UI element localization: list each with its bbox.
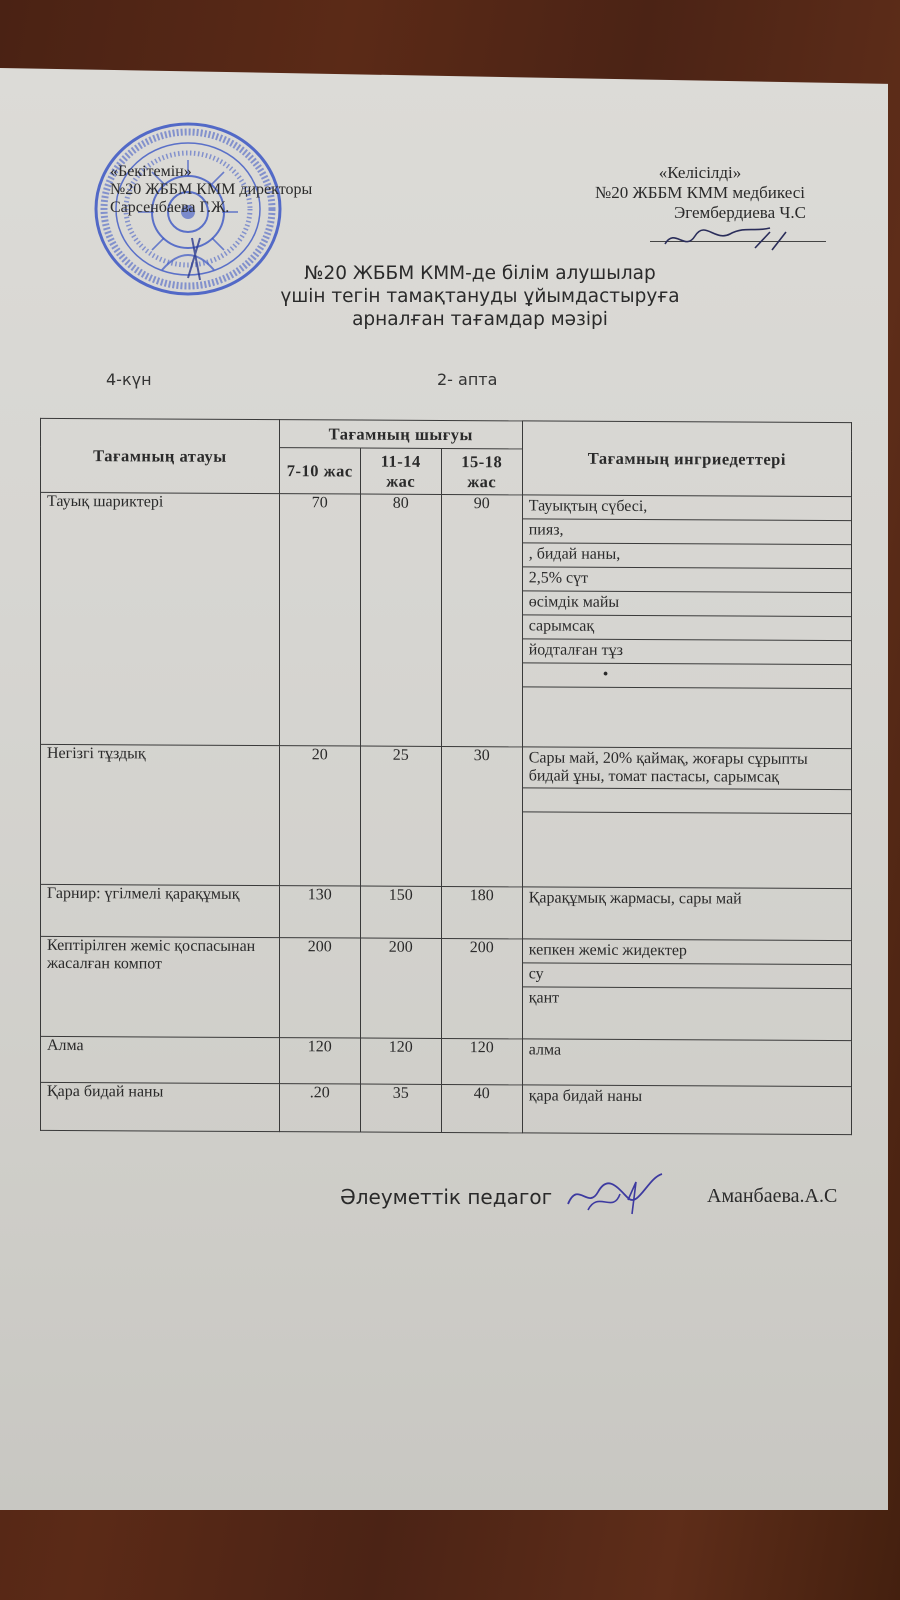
week-label: 2- апта bbox=[437, 370, 497, 389]
ingredients-cell: Қарақұмық жармасы, сары май bbox=[522, 887, 851, 941]
menu-table: Тағамның атауы Тағамның шығуы Тағамның и… bbox=[40, 418, 852, 1135]
ingredients-cell: қара бидай наны bbox=[522, 1085, 851, 1135]
footer-position: Әлеуметтік педагог bbox=[340, 1185, 552, 1209]
dish-name-cell: Қара бидай наны bbox=[41, 1082, 280, 1131]
ingredients-cell: Сары май, 20% қаймақ, жоғары сұрыпты бид… bbox=[522, 747, 851, 889]
day-label: 4-күн bbox=[106, 370, 152, 389]
dish-name-cell: Алма bbox=[41, 1036, 280, 1083]
table-row: Кептірілген жеміс қоспасынан жасалған ко… bbox=[41, 936, 852, 1040]
footer-name: Аманбаева.А.С bbox=[707, 1185, 837, 1208]
portion-cell: 30 bbox=[441, 746, 522, 886]
header-age-11-14: 11-14 жас bbox=[360, 448, 441, 494]
dish-name-cell: Негізгі тұздық bbox=[41, 744, 280, 885]
ingredient-item: Қарақұмық жармасы, сары май bbox=[523, 887, 851, 912]
dish-name-cell: Гарнир: үгілмелі қарақұмық bbox=[41, 884, 280, 937]
portion-cell: 150 bbox=[360, 886, 441, 938]
agreement-name: Эгембердиева Ч.С bbox=[560, 203, 840, 223]
ingredient-item bbox=[523, 788, 851, 814]
ingredient-item: • bbox=[523, 663, 851, 689]
ingredients-cell: Тауықтың сүбесі,пияз,, бидай наны,2,5% с… bbox=[522, 495, 851, 749]
table-row: Негізгі тұздық202530Сары май, 20% қаймақ… bbox=[41, 744, 852, 888]
ingredient-item bbox=[523, 812, 851, 837]
ingredient-item: су bbox=[523, 963, 851, 989]
portion-cell: .20 bbox=[279, 1084, 360, 1132]
portion-cell: 20 bbox=[279, 746, 360, 886]
ingredient-item: Тауықтың сүбесі, bbox=[523, 495, 851, 521]
ingredient-item: өсімдік майы bbox=[523, 591, 851, 617]
ingredient-item bbox=[523, 687, 851, 712]
dish-name-cell: Тауық шариктері bbox=[41, 492, 280, 745]
table-row: Қара бидай наны.203540қара бидай наны bbox=[41, 1082, 852, 1134]
portion-cell: 90 bbox=[441, 494, 522, 746]
pedagog-signature-icon bbox=[558, 1170, 668, 1218]
portion-cell: 200 bbox=[360, 938, 441, 1038]
ingredient-item: 2,5% сүт bbox=[523, 567, 851, 593]
ingredients-cell: кепкен жеміс жидектерсуқант bbox=[522, 939, 851, 1041]
ingredient-item: , бидай наны, bbox=[523, 543, 851, 569]
approval-label: «Бекітемін» bbox=[110, 163, 312, 181]
portion-cell: 200 bbox=[279, 938, 360, 1038]
portion-cell: 25 bbox=[360, 746, 441, 886]
portion-cell: 120 bbox=[360, 1038, 441, 1084]
title-line-1: №20 ЖББМ КММ-де білім алушылар bbox=[230, 262, 730, 285]
ingredient-item: қант bbox=[523, 987, 851, 1012]
portion-cell: 180 bbox=[441, 886, 522, 938]
header-yield: Тағамның шығуы bbox=[279, 420, 522, 449]
ingredient-item: Сары май, 20% қаймақ, жоғары сұрыпты бид… bbox=[523, 747, 851, 790]
document-title: №20 ЖББМ КММ-де білім алушылар үшін тегі… bbox=[230, 262, 730, 331]
portion-cell: 35 bbox=[360, 1084, 441, 1132]
ingredient-item: кепкен жеміс жидектер bbox=[523, 939, 851, 965]
ingredients-cell: алма bbox=[522, 1039, 851, 1087]
header-ingredients: Тағамның ингриедеттері bbox=[522, 421, 851, 497]
agreement-label: «Келісілді» bbox=[560, 163, 840, 183]
header-age-15-18: 15-18 жас bbox=[441, 448, 522, 494]
table-row: Гарнир: үгілмелі қарақұмық130150180Қарақ… bbox=[41, 884, 852, 940]
portion-cell: 70 bbox=[279, 494, 360, 746]
nurse-signature-icon bbox=[660, 222, 790, 256]
approval-name: Сарсенбаева Г.Ж. bbox=[110, 199, 312, 217]
table-row: Алма120120120алма bbox=[41, 1036, 852, 1086]
ingredient-item: қара бидай наны bbox=[523, 1085, 851, 1110]
portion-cell: 120 bbox=[441, 1038, 522, 1084]
agreement-position: №20 ЖББМ КММ медбикесі bbox=[560, 183, 840, 203]
table-row: Тауық шариктері708090Тауықтың сүбесі,пия… bbox=[41, 492, 852, 748]
portion-cell: 40 bbox=[441, 1084, 522, 1132]
ingredient-item: йодталған тұз bbox=[523, 639, 851, 665]
dish-name-cell: Кептірілген жеміс қоспасынан жасалған ко… bbox=[41, 936, 280, 1037]
portion-cell: 130 bbox=[279, 886, 360, 938]
ingredient-item: пияз, bbox=[523, 519, 851, 545]
header-dish-name: Тағамның атауы bbox=[41, 418, 280, 493]
footer-signature-block: Әлеуметтік педагог Аманбаева.А.С bbox=[340, 1185, 552, 1209]
portion-cell: 200 bbox=[441, 938, 522, 1038]
ingredient-item: сарымсақ bbox=[523, 615, 851, 641]
portion-cell: 120 bbox=[279, 1038, 360, 1084]
portion-cell: 80 bbox=[360, 494, 441, 746]
approval-block-director: «Бекітемін» №20 ЖББМ КММ директоры Сарсе… bbox=[110, 163, 312, 217]
ingredient-item: алма bbox=[523, 1039, 851, 1064]
approval-position: №20 ЖББМ КММ директоры bbox=[110, 181, 312, 199]
title-line-3: арналған тағамдар мәзірі bbox=[230, 308, 730, 331]
header-age-7-10: 7-10 жас bbox=[279, 448, 360, 494]
title-line-2: үшін тегін тамақтануды ұйымдастыруға bbox=[230, 285, 730, 308]
